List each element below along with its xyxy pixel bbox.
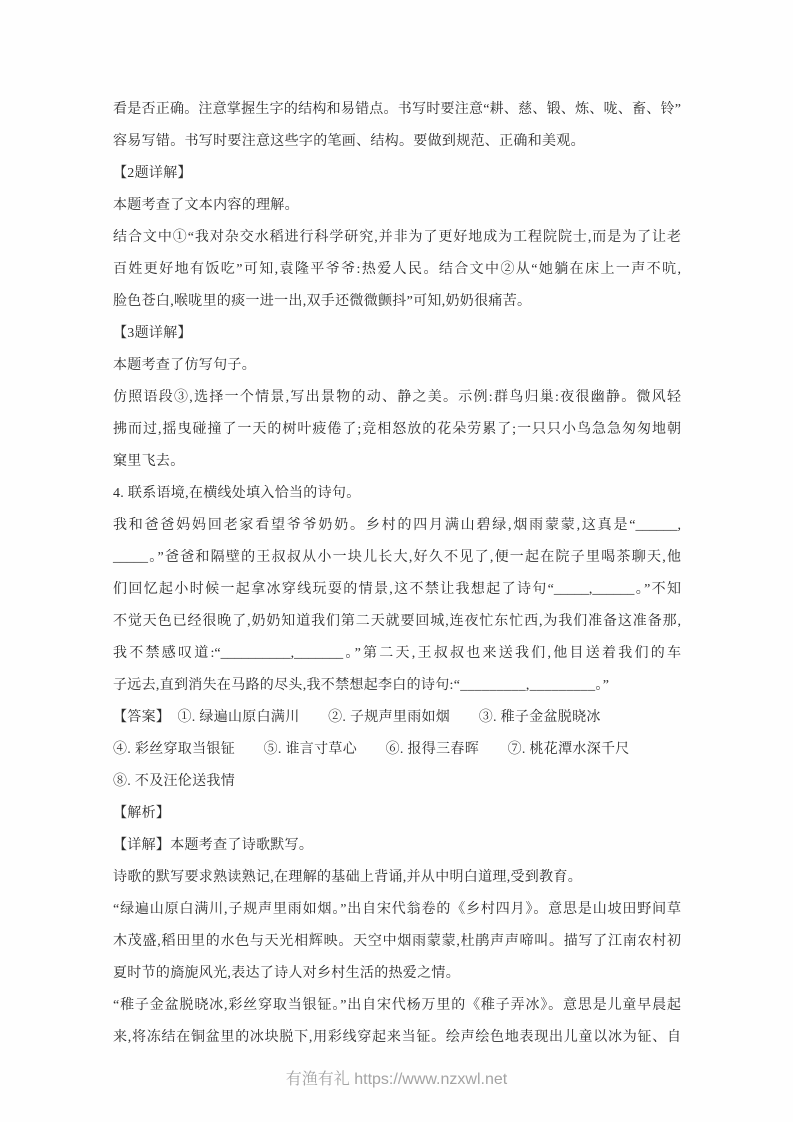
text-line: 结合文中①“我对杂交水稻进行科学研究,并非为了更好地成为工程院院士,而是为了让老: [113, 222, 681, 254]
text-line: 本题考查了仿写句子。: [113, 350, 681, 382]
document-page: 看是否正确。注意掌握生字的结构和易错点。书写时要注意“耕、慈、锻、炼、咙、畜、铃…: [0, 0, 793, 1122]
text-line: 子远去,直到消失在马路的尽头,我不禁想起李白的诗句:“_________,___…: [113, 670, 681, 702]
text-line: 木茂盛,稻田里的水色与天光相辉映。天空中烟雨蒙蒙,杜鹃声声啼叫。描写了江南农村初: [113, 926, 681, 958]
text-line: “绿遍山原白满川,子规声里雨如烟。”出自宋代翁卷的《乡村四月》。意思是山坡田野间…: [113, 894, 681, 926]
text-line: 脸色苍白,喉咙里的痰一进一出,双手还微微颤抖”可知,奶奶很痛苦。: [113, 286, 681, 318]
text-line: 容易写错。书写时要注意这些字的笔画、结构。要做到规范、正确和美观。: [113, 126, 681, 158]
text-line: 【解析】: [113, 798, 681, 830]
text-line: 【3题详解】: [113, 318, 681, 350]
text-line: 来,将冻结在铜盆里的冰块脱下,用彩线穿起来当钲。绘声绘色地表现出儿童以冰为钲、自: [113, 1022, 681, 1054]
document-body: 看是否正确。注意掌握生字的结构和易错点。书写时要注意“耕、慈、锻、炼、咙、畜、铃…: [113, 94, 681, 1054]
text-line: ⑧. 不及汪伦送我情: [113, 766, 681, 798]
watermark-footer: 有渔有礼 https://www.nzxwl.net: [0, 1066, 793, 1094]
text-line: 们回忆起小时候一起拿冰穿线玩耍的情景,这不禁让我想起了诗句“_____,____…: [113, 574, 681, 606]
text-line: 4. 联系语境,在横线处填入恰当的诗句。: [113, 478, 681, 510]
text-line: “稚子金盆脱晓冰,彩丝穿取当银钲。”出自宋代杨万里的《稚子弄冰》。意思是儿童早晨…: [113, 990, 681, 1022]
text-line: 窠里飞去。: [113, 446, 681, 478]
text-line: 仿照语段③,选择一个情景,写出景物的动、静之美。示例:群鸟归巢:夜很幽静。微风轻: [113, 382, 681, 414]
text-line: _____。”爸爸和隔壁的王叔叔从小一块儿长大,好久不见了,便一起在院子里喝茶聊…: [113, 542, 681, 574]
text-line: 看是否正确。注意掌握生字的结构和易错点。书写时要注意“耕、慈、锻、炼、咙、畜、铃…: [113, 94, 681, 126]
text-line: 夏时节的旖旎风光,表达了诗人对乡村生活的热爱之情。: [113, 958, 681, 990]
text-line: ④. 彩丝穿取当银钲 ⑤. 谁言寸草心 ⑥. 报得三春晖 ⑦. 桃花潭水深千尺: [113, 734, 681, 766]
text-line: 【详解】本题考查了诗歌默写。: [113, 830, 681, 862]
text-line: 本题考查了文本内容的理解。: [113, 190, 681, 222]
text-line: 百姓更好地有饭吃”可知,袁隆平爷爷:热爱人民。结合文中②从“她躺在床上一声不吭,: [113, 254, 681, 286]
text-line: 我不禁感叹道:“__________,_______。”第二天,王叔叔也来送我们…: [113, 638, 681, 670]
text-line: 拂而过,摇曳碰撞了一天的树叶疲倦了;竞相怒放的花朵劳累了;一只只小鸟急急匆匆地朝: [113, 414, 681, 446]
text-line: 诗歌的默写要求熟读熟记,在理解的基础上背诵,并从中明白道理,受到教育。: [113, 862, 681, 894]
text-line: 【2题详解】: [113, 158, 681, 190]
text-line: 不觉天色已经很晚了,奶奶知道我们第二天就要回城,连夜忙东忙西,为我们准备这准备那…: [113, 606, 681, 638]
text-line: 我和爸爸妈妈回老家看望爷爷奶奶。乡村的四月满山碧绿,烟雨蒙蒙,这真是“_____…: [113, 510, 681, 542]
text-line: 【答案】 ①. 绿遍山原白满川 ②. 子规声里雨如烟 ③. 稚子金盆脱晓冰: [113, 702, 681, 734]
